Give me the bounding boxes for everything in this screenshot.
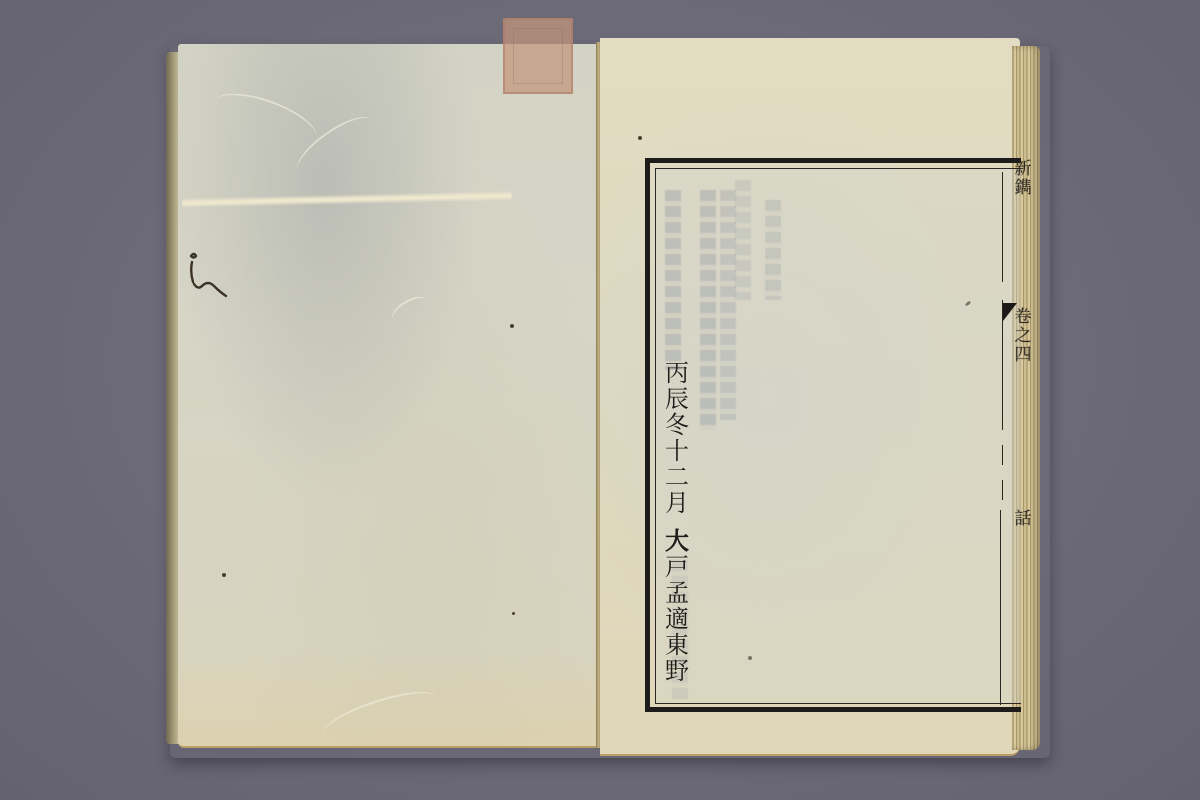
- colophon-char: 戸: [665, 554, 689, 580]
- fore-edge-title-upper: 新 鐫: [1012, 160, 1034, 198]
- edge-char: 話: [1015, 510, 1032, 529]
- edge-char: 卷: [1015, 308, 1032, 327]
- colophon-inscription: 丙 辰 冬 十 二 月 大 戸 孟 適 東 野: [657, 360, 697, 684]
- margin-ink-mark: [186, 250, 236, 320]
- edge-char: 四: [1015, 346, 1032, 365]
- stain-dot: [222, 573, 226, 577]
- show-through-text: [765, 200, 781, 300]
- seal-label: [503, 18, 573, 94]
- colophon-char: 孟: [665, 580, 689, 606]
- hanshin-rule: [1002, 445, 1003, 465]
- colophon-char: 月: [665, 490, 689, 516]
- edge-char: 之: [1015, 327, 1032, 346]
- colophon-char: 丙: [665, 360, 689, 386]
- left-page: [178, 44, 598, 748]
- colophon-char: 野: [665, 658, 689, 684]
- hanshin-rule: [1002, 480, 1003, 500]
- colophon-char: 大: [665, 528, 689, 554]
- hanshin-rule: [1002, 172, 1003, 282]
- colophon-char: 冬: [665, 412, 689, 438]
- show-through-text: [665, 190, 681, 370]
- colophon-char: 十: [665, 438, 689, 464]
- stain-dot: [638, 136, 642, 140]
- colophon-char: 東: [665, 632, 689, 658]
- colophon-char: 二: [665, 464, 689, 490]
- show-through-text: [700, 190, 716, 430]
- colophon-char: 適: [665, 606, 689, 632]
- fore-edge-title-lower: 話: [1012, 510, 1034, 529]
- show-through-text: [720, 190, 736, 420]
- stain-dot: [510, 324, 514, 328]
- show-through-text: [735, 180, 751, 300]
- edge-char: 新: [1015, 160, 1032, 179]
- colophon-char: 辰: [665, 386, 689, 412]
- edge-char: 鐫: [1015, 179, 1032, 198]
- hanshin-rule: [1000, 510, 1001, 705]
- open-book: 丙 辰 冬 十 二 月 大 戸 孟 適 東 野 新 鐫 卷 之 四 話: [0, 0, 1200, 800]
- stain-dot: [512, 612, 515, 615]
- fore-edge-title-volume: 卷 之 四: [1012, 308, 1034, 365]
